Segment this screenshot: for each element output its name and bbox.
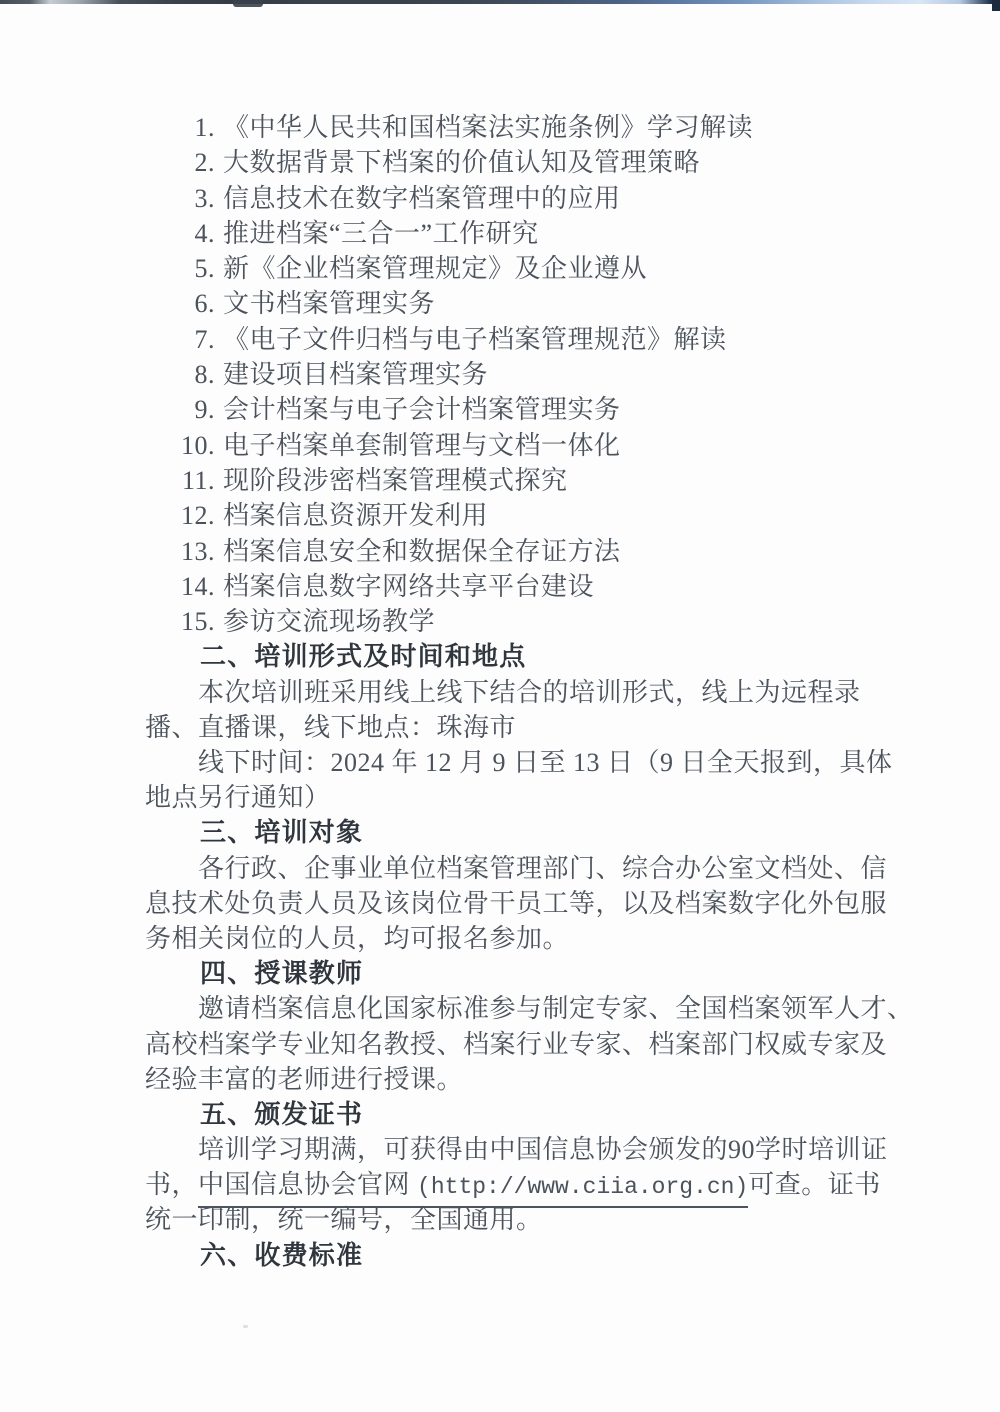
list-item-number: 11. [145,463,215,498]
paragraph-line: 各行政、企事业单位档案管理部门、综合办公室文档处、信 [145,851,859,886]
list-item: 8.建设项目档案管理实务 [145,357,859,392]
list-item: 11.现阶段涉密档案管理模式探究 [145,463,859,498]
list-item-text: 档案信息数字网络共享平台建设 [215,569,594,604]
list-item-text: 现阶段涉密档案管理模式探究 [215,463,568,498]
paragraph-line: 高校档案学专业知名教授、档案行业专家、档案部门权威专家及 [145,1027,859,1062]
list-item-text: 参访交流现场教学 [215,604,435,639]
list-item: 13.档案信息安全和数据保全存证方法 [145,534,859,569]
list-item-number: 4. [145,216,215,251]
list-item: 9.会计档案与电子会计档案管理实务 [145,392,859,427]
link-text: 中国信息协会官网 [198,1170,417,1199]
list-item-text: 建设项目档案管理实务 [215,357,488,392]
list-item-number: 5. [145,251,215,286]
list-item: 7.《电子文件归档与电子档案管理规范》解读 [145,322,859,357]
list-item-text: 大数据背景下档案的价值认知及管理策略 [215,145,700,180]
scanned-document-page: 1.《中华人民共和国档案法实施条例》学习解读2.大数据背景下档案的价值认知及管理… [0,0,1000,1412]
link-text: (http://www.ciia.org.cn) [417,1174,748,1200]
list-item: 6.文书档案管理实务 [145,286,859,321]
paragraph-line: 统一印制，统一编号，全国通用。 [145,1202,859,1237]
list-item-text: 会计档案与电子会计档案管理实务 [215,392,621,427]
paragraph-line: 邀请档案信息化国家标准参与制定专家、全国档案领军人才、 [145,991,859,1026]
document-body: 1.《中华人民共和国档案法实施条例》学习解读2.大数据背景下档案的价值认知及管理… [145,110,859,1273]
list-item-number: 15. [145,604,215,639]
list-item: 5.新《企业档案管理规定》及企业遵从 [145,251,859,286]
list-item-number: 2. [145,145,215,180]
list-item-number: 1. [145,110,215,145]
list-item: 12.档案信息资源开发利用 [145,498,859,533]
list-item-number: 10. [145,428,215,463]
list-item-text: 电子档案单套制管理与文档一体化 [215,428,621,463]
line-text: 书， [145,1170,198,1199]
list-item-number: 9. [145,392,215,427]
list-item-text: 文书档案管理实务 [215,286,435,321]
list-item: 4.推进档案“三合一”工作研究 [145,216,859,251]
list-item-text: 新《企业档案管理规定》及企业遵从 [215,251,647,286]
list-item-number: 3. [145,181,215,216]
line-text: 可查。证书 [748,1170,881,1199]
list-item-number: 12. [145,498,215,533]
list-item-text: 信息技术在数字档案管理中的应用 [215,181,621,216]
paragraph-line: 本次培训班采用线上线下结合的培训形式，线上为远程录 [145,675,859,710]
list-item: 15.参访交流现场教学 [145,604,859,639]
list-item: 3.信息技术在数字档案管理中的应用 [145,181,859,216]
list-item-text: 档案信息资源开发利用 [215,498,488,533]
list-item: 1.《中华人民共和国档案法实施条例》学习解读 [145,110,859,145]
paragraph-line: 经验丰富的老师进行授课。 [145,1062,859,1097]
list-item-number: 8. [145,357,215,392]
scan-corner-artifact [992,0,1000,11]
list-item: 10.电子档案单套制管理与文档一体化 [145,428,859,463]
scan-edge-blob-artifact [233,0,263,7]
paragraph-line: 书，中国信息协会官网 (http://www.ciia.org.cn)可查。证书 [145,1167,859,1202]
paragraph-line: 线下时间：2024 年 12 月 9 日至 13 日（9 日全天报到，具体 [145,745,859,780]
paragraph-line: 培训学习期满，可获得由中国信息协会颁发的90学时培训证 [145,1132,859,1167]
list-item-number: 13. [145,534,215,569]
scan-speck-artifact [243,1325,248,1328]
section-heading: 四、授课教师 [145,956,859,991]
paragraph-line: 息技术处负责人员及该岗位骨干员工等，以及档案数字化外包服 [145,886,859,921]
list-item-text: 《中华人民共和国档案法实施条例》学习解读 [215,110,753,145]
section-heading: 五、颁发证书 [145,1097,859,1132]
list-item-number: 6. [145,286,215,321]
list-item-text: 档案信息安全和数据保全存证方法 [215,534,621,569]
paragraph-line: 播、直播课，线下地点：珠海市 [145,710,859,745]
section-heading: 三、培训对象 [145,815,859,850]
section-heading: 二、培训形式及时间和地点 [145,639,859,674]
list-item-number: 14. [145,569,215,604]
list-item-text: 《电子文件归档与电子档案管理规范》解读 [215,322,727,357]
list-item: 14.档案信息数字网络共享平台建设 [145,569,859,604]
scan-edge-artifact [0,0,1000,4]
paragraph-line: 务相关岗位的人员，均可报名参加。 [145,921,859,956]
paragraph-line: 地点另行通知） [145,780,859,815]
list-item: 2.大数据背景下档案的价值认知及管理策略 [145,145,859,180]
list-item-number: 7. [145,322,215,357]
list-item-text: 推进档案“三合一”工作研究 [215,216,539,251]
section-heading: 六、收费标准 [145,1238,859,1273]
